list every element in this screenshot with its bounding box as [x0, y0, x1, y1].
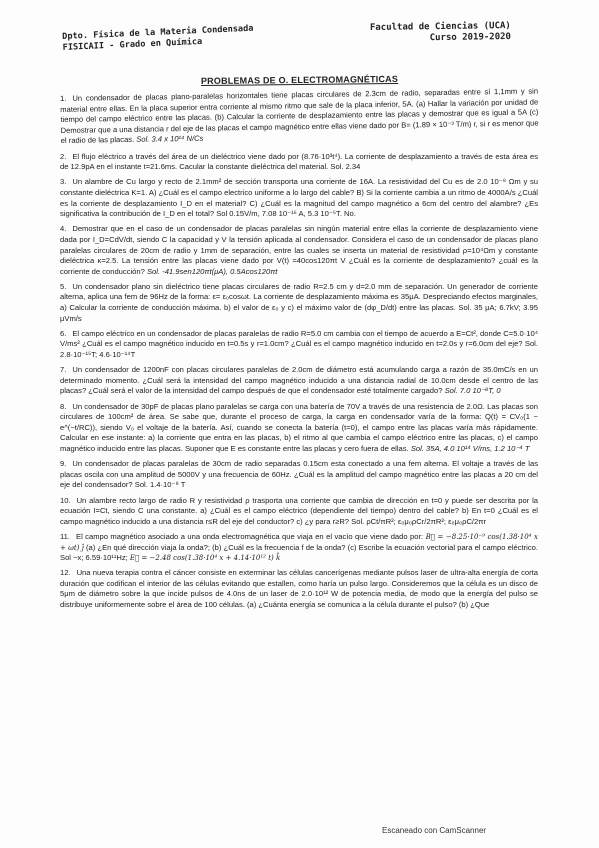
- problem-number: 7.: [60, 365, 66, 374]
- problem-text: Un condensador de placas plano-paralelas…: [60, 86, 538, 145]
- faculty-header: Facultad de Ciencias (UCA) Curso 2019-20…: [370, 21, 511, 45]
- problem-solution: Sol 0.15V/m, 7.08 10⁻¹⁶ A, 5.3 10⁻⁵T. No…: [216, 209, 356, 218]
- problem-9: 9.Un condensador de placas paralelas de …: [60, 459, 538, 491]
- problem-number: 3.: [60, 177, 66, 186]
- problem-text: El flujo eléctrico a través del área de …: [60, 152, 538, 172]
- problem-solution: Sol. 3.4 x 10¹⁴ N/Cs: [136, 134, 203, 144]
- problem-8: 8.Un condensador de 30pF de placas plano…: [60, 402, 538, 455]
- problem-number: 10.: [60, 496, 71, 505]
- electric-field-equation: E⃗ = −2.48 cos(1.38·10⁴ x + 4.14·10¹² t)…: [130, 554, 280, 562]
- department-header: Dpto. Física de la Materia Condensada FI…: [62, 24, 254, 54]
- problem-12: 12.Una nueva terapia contra el cáncer co…: [60, 568, 538, 610]
- problem-1: 1.Un condensador de placas plano-paralel…: [60, 86, 539, 146]
- problem-text-continued: (a) ¿En qué dirección viaja la onda?; (b…: [86, 543, 538, 552]
- problem-solution: Sol. 35A, 4.0 10¹⁴ V/ms, 1.2 10⁻⁴ T: [411, 444, 530, 453]
- problem-number: 12.: [60, 568, 71, 577]
- problem-number: 1.: [60, 94, 66, 103]
- problem-text: Demostrar que en el caso de un condensad…: [60, 224, 538, 275]
- problem-number: 4.: [60, 224, 66, 233]
- problem-list: 1.Un condensador de placas plano-paralel…: [60, 94, 538, 615]
- problem-solution: Sol. 2.34: [330, 162, 360, 171]
- document-title: PROBLEMAS DE O. ELECTROMAGNÉTICAS: [0, 72, 599, 88]
- problem-number: 6.: [60, 329, 66, 338]
- problem-solution: Sol. 1.4·10⁻⁹ T: [135, 480, 186, 489]
- problem-text: El campo magnético asociado a una onda e…: [76, 532, 423, 541]
- problem-2: 2.El flujo eléctrico a través del área d…: [60, 152, 538, 173]
- problem-5: 5.Un condensador plano sin dieléctrico t…: [60, 282, 538, 324]
- problem-text: Un condensador de placas paralelas de 30…: [60, 459, 538, 489]
- problem-number: 5.: [60, 282, 66, 291]
- problem-number: 8.: [60, 402, 66, 411]
- problem-4: 4.Demostrar que en el caso de un condens…: [60, 224, 538, 277]
- academic-year: Curso 2019-2020: [370, 32, 511, 45]
- problem-10: 10.Un alambre recto largo de radio R y r…: [60, 496, 538, 528]
- problem-11: 11.El campo magnético asociado a una ond…: [60, 532, 538, 564]
- problem-solution: Sol. 7.0 10⁻⁸T, 0: [445, 386, 501, 395]
- problem-solution: Sol. ρCt/πR²; ε₀μ₀ρCr/2πR²; ε₀μ₀ρC/2πr: [351, 517, 486, 526]
- problem-number: 11.: [60, 532, 70, 541]
- problem-3: 3.Un alambre de Cu largo y recto de 2.1m…: [60, 177, 538, 219]
- problem-solution: Sol −x; 6.59·10¹¹Hz;: [60, 553, 128, 562]
- problem-solution: Sol. -41.9sen120πt(μA), 0.5Acos120πt: [147, 267, 277, 276]
- problem-text: Una nueva terapia contra el cáncer consi…: [60, 568, 538, 609]
- scanned-page: Dpto. Física de la Materia Condensada FI…: [0, 0, 599, 848]
- problem-text: El campo eléctrico en un condensador de …: [60, 329, 538, 349]
- problem-number: 9.: [60, 459, 66, 468]
- camscanner-watermark: Escaneado con CamScanner: [382, 826, 486, 835]
- problem-number: 2.: [60, 152, 66, 161]
- problem-7: 7.Un condensador de 1200nF con placas ci…: [60, 365, 538, 397]
- problem-6: 6.El campo eléctrico en un condensador d…: [60, 329, 538, 361]
